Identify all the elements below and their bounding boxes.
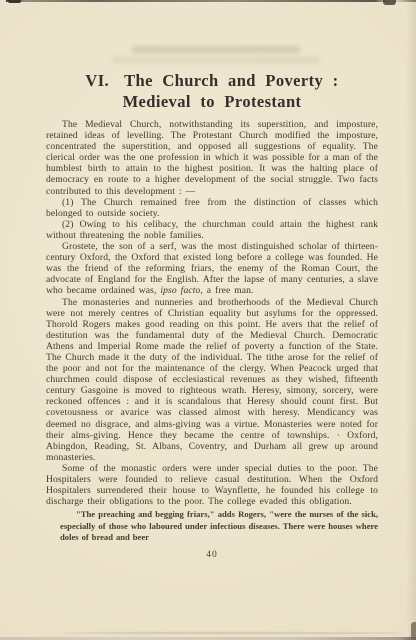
paragraph-text: (2) Owing to his celibacy, the churchman… [46, 219, 378, 241]
scanned-book-page: VI.The Church and Poverty : Medieval to … [0, 0, 416, 640]
italic-phrase: ipso facto [160, 285, 200, 296]
paragraph-text: The monasteries and nunneries and brothe… [46, 297, 378, 463]
paragraph-text: , a free man. [200, 285, 253, 296]
footnote-quote: "The preaching and begging friars," adds… [46, 509, 378, 544]
chapter-heading-line1: VI.The Church and Poverty : [46, 70, 378, 91]
paragraph: Grostete, the son of a serf, was the mos… [46, 241, 378, 296]
scan-bottom-shadow [62, 632, 402, 634]
body-paragraphs: The Medieval Church, notwithstanding its… [46, 119, 378, 507]
paragraph: The Medieval Church, notwithstanding its… [46, 119, 378, 197]
paragraph-text: (1) The Church remained free from the di… [46, 197, 378, 219]
chapter-numeral: VI. [85, 71, 109, 90]
page-number: 40 [46, 550, 378, 560]
paragraph: The monasteries and nunneries and brothe… [46, 297, 378, 463]
scan-corner-mark [411, 622, 416, 638]
page-content: VI.The Church and Poverty : Medieval to … [0, 0, 416, 560]
chapter-title-line2: Medieval to Protestant [46, 91, 378, 112]
chapter-heading: VI.The Church and Poverty : Medieval to … [46, 70, 378, 112]
paragraph-text: The Medieval Church, notwithstanding its… [46, 119, 378, 197]
paragraph-text: Some of the monastic orders were under s… [46, 463, 378, 507]
paragraph: Some of the monastic orders were under s… [46, 463, 378, 507]
paragraph: (2) Owing to his celibacy, the churchman… [46, 219, 378, 241]
chapter-title-line1: The Church and Poverty : [124, 71, 338, 90]
paragraph: (1) The Church remained free from the di… [46, 197, 378, 219]
